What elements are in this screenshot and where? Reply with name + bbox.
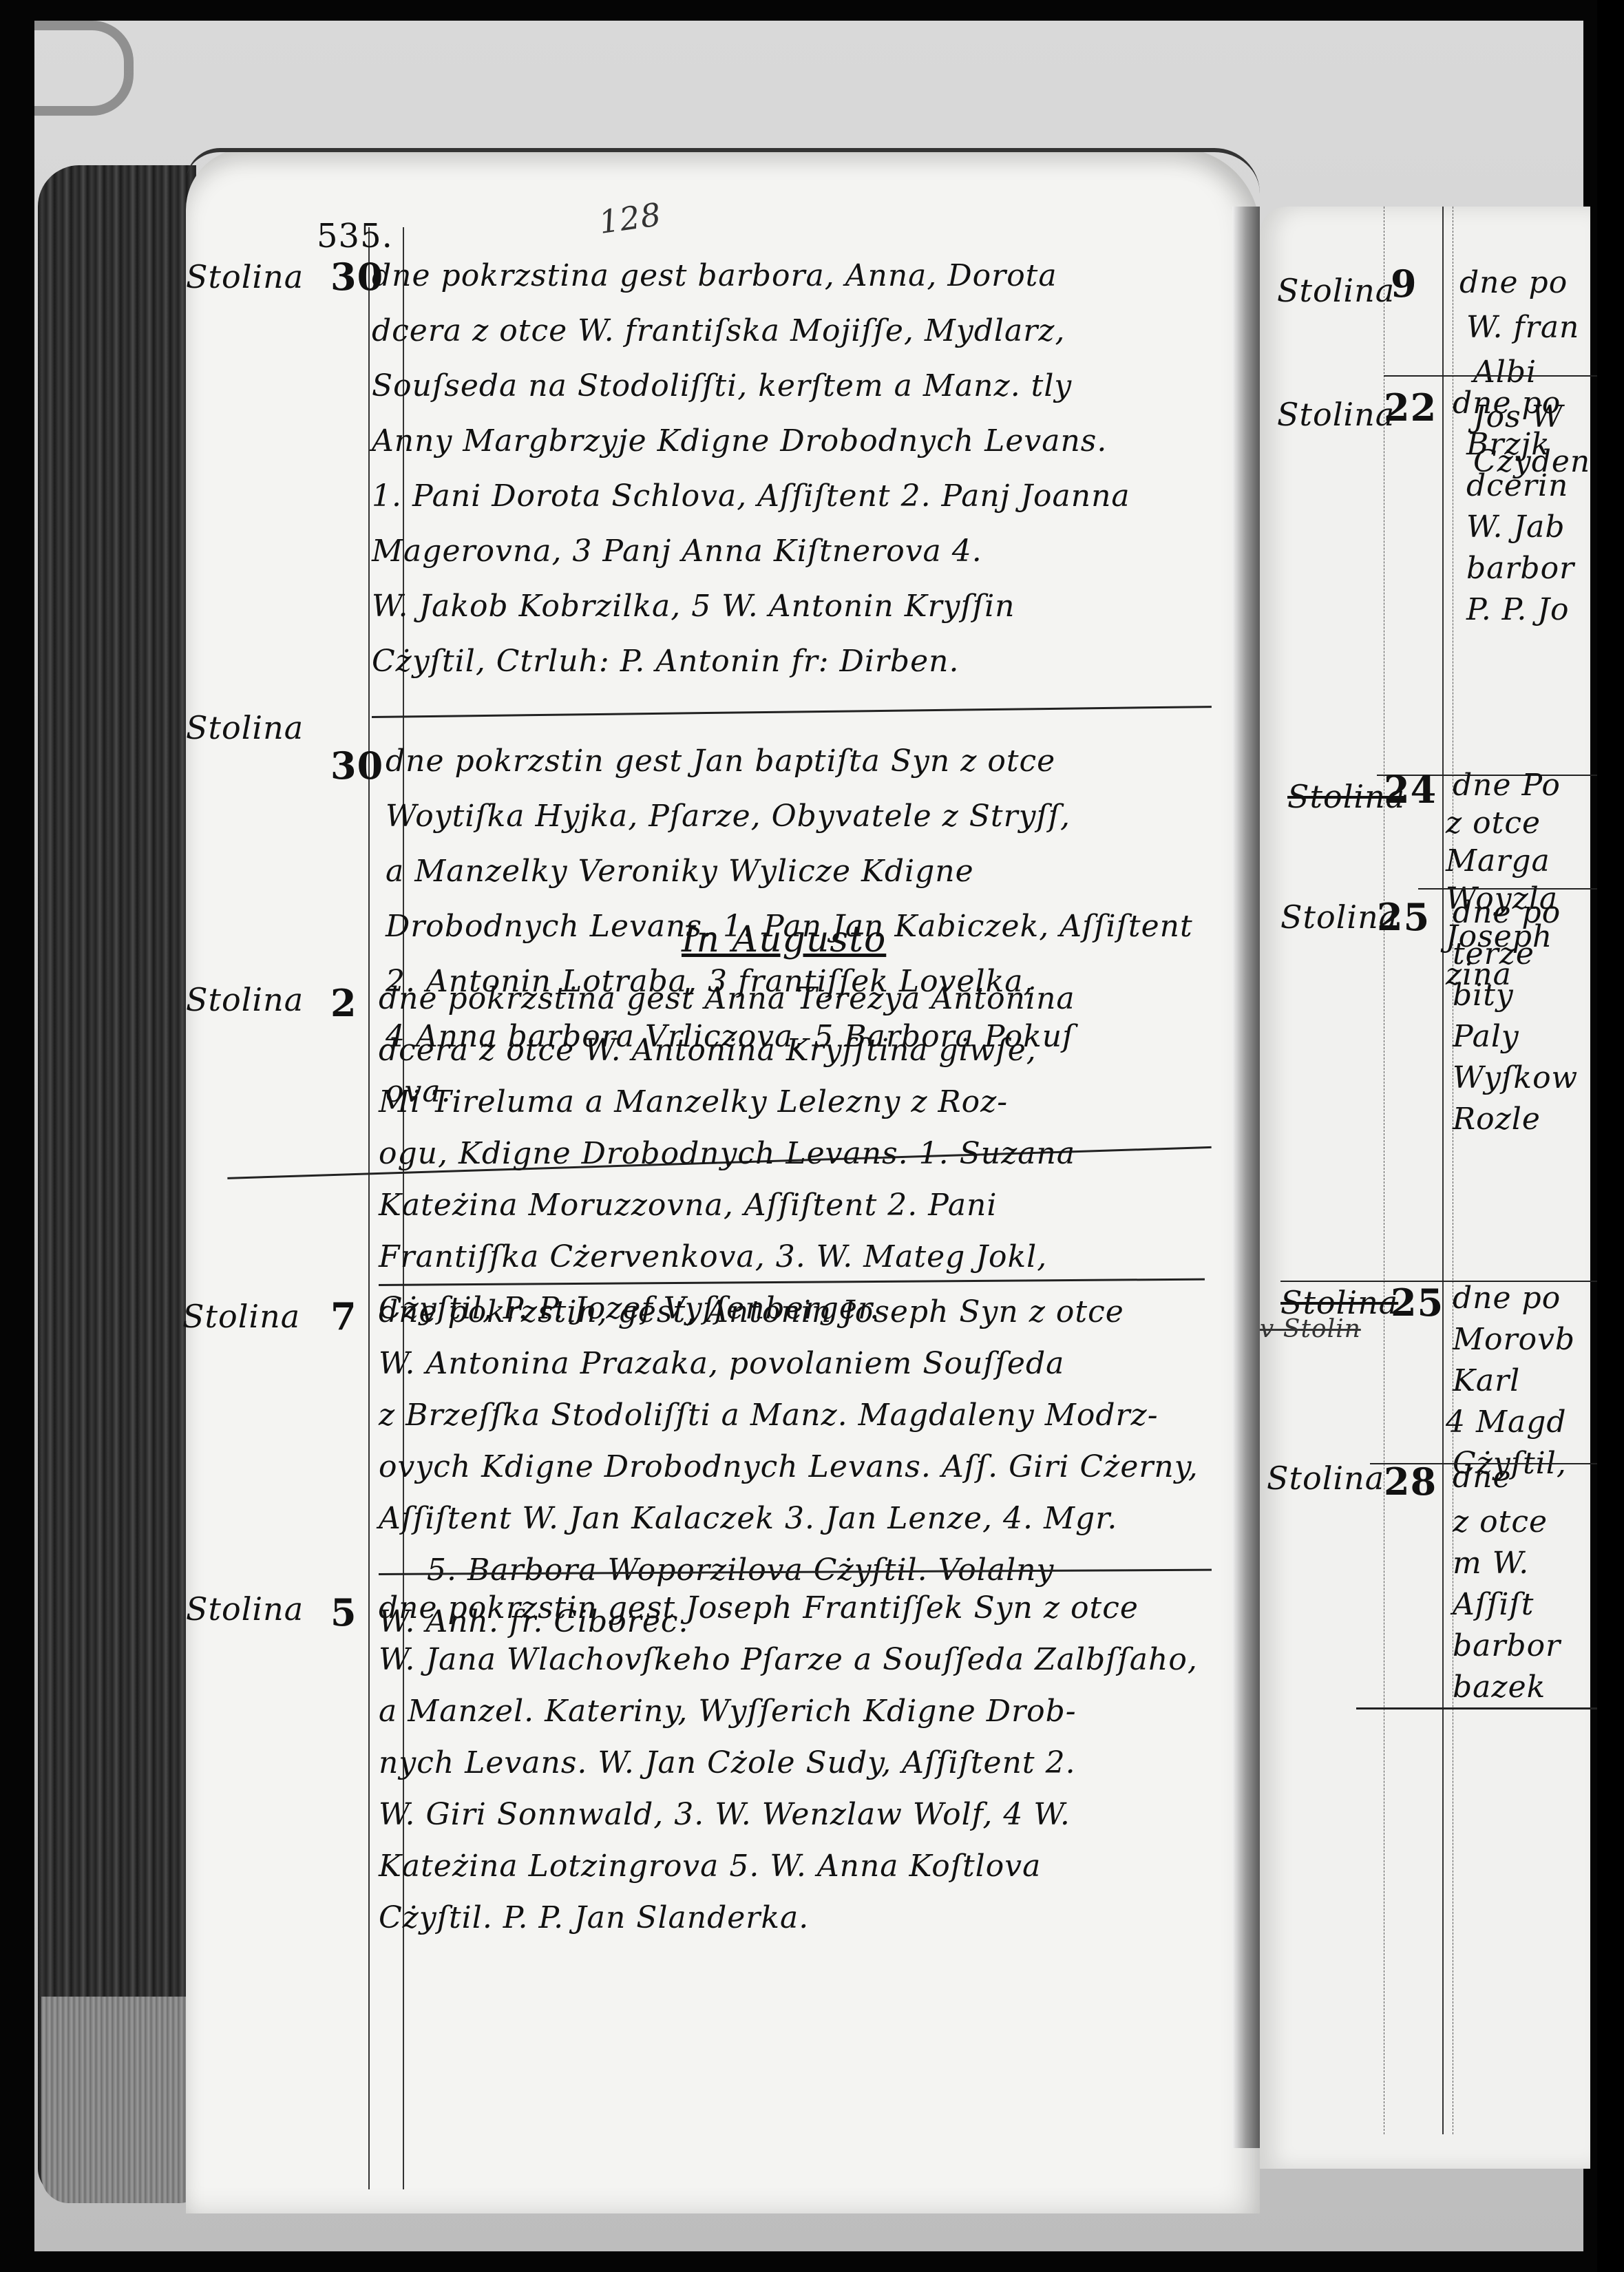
entry-line: 4 Magd (1446, 1405, 1567, 1440)
book-gutter (1232, 207, 1260, 2148)
entry-line: Paly (1453, 1019, 1519, 1054)
entry-place: Stolina (1277, 396, 1395, 433)
right-page-column-rule-1 (1384, 207, 1384, 2134)
scan-right-border (1597, 0, 1624, 2272)
entry-line: W. Jakob Kobrzilka, 5 W. Antonin Kryſſin (372, 589, 1015, 624)
entry-line: Souſseda na Stodoliſſti, kerſtem a Manz.… (372, 368, 1072, 403)
entry-line: terze (1453, 936, 1535, 971)
entry-day: 25 (1377, 895, 1430, 939)
entry-line: Mi Tireluma a Manzelky Lelezny z Roz- (379, 1084, 1008, 1119)
entry-line: Aſſiſt (1453, 1587, 1534, 1622)
right-page-column-rule-2 (1442, 207, 1444, 2134)
entry-day: 7 (330, 1294, 357, 1338)
entry-line: barbor (1453, 1628, 1561, 1663)
entry-line: ogu, Kdigne Drobodnych Levans. 1. Suzana (379, 1136, 1075, 1171)
entry-day: 25 (1391, 1281, 1444, 1325)
book-bottom-edge (41, 1997, 207, 2203)
entry-line: W. Giri Sonnwald, 3. W. Wenzlaw Wolf, 4 … (379, 1797, 1071, 1832)
entry-line: dne pokrzstin gest Jan baptiſta Syn z ot… (386, 744, 1055, 779)
entry-line: Frantiſſka Cżervenkova, 3. W. Mateg Jokl… (379, 1239, 1047, 1274)
entry-place: Stolina (182, 1298, 300, 1335)
entry-line: 1. Pani Dorota Schlova, Aſſiſtent 2. Pan… (372, 478, 1130, 514)
entry-line: W. Antonina Prazaka, povolaniem Souſſeda (379, 1346, 1064, 1381)
entry-line: W. Jab (1466, 509, 1565, 545)
entry-line: dne po (1453, 386, 1561, 421)
entry-line: Magerovna, 3 Panj Anna Kiſtnerova 4. (372, 534, 982, 569)
right-page-column-rule-3 (1453, 207, 1453, 2134)
entry-day: 9 (1391, 262, 1417, 306)
entry-day: 2 (330, 981, 357, 1025)
entry-line: dne pokrzstina gest barbora, Anna, Dorot… (372, 258, 1057, 293)
entry-line: Anny Margbrzyje Kdigne Drobodnych Levans… (372, 423, 1107, 459)
entry-day: 30 (330, 744, 383, 788)
entry-separator (1356, 1707, 1604, 1710)
entry-place: Stolina (1267, 1460, 1384, 1497)
entry-line: Albi (1473, 355, 1537, 390)
entry-line: dne po (1453, 895, 1561, 930)
entry-line: Karl (1453, 1363, 1520, 1398)
entry-line: nych Levans. W. Jan Cżole Sudy, Aſſiſten… (379, 1745, 1076, 1780)
entry-line: dne pokrzstin gest Joseph Frantiſſek Syn… (379, 1590, 1139, 1626)
entry-line: dne pokrzstina gest Anna Terezya Antonin… (379, 981, 1075, 1016)
entry-line: Woytiſka Hyjka, Pſarze, Obyvatele z Stry… (386, 799, 1071, 834)
entry-separator (1384, 375, 1604, 377)
entry-line: z otce (1453, 1504, 1548, 1539)
entry-line: Kateżina Lotzingrova 5. W. Anna Koſtlova (379, 1849, 1041, 1884)
left-page-column-rule-place (368, 227, 370, 2189)
entry-line: bazek (1453, 1670, 1546, 1705)
entry-line: Rozle (1453, 1102, 1541, 1137)
scan-frame: 535. 128 Stolina 30 dne pokrzstina gest … (0, 0, 1624, 2272)
entry-separator (1418, 888, 1604, 890)
entry-line: a Manzelky Veroniky Wylicze Kdigne (386, 854, 974, 889)
entry-line: z Brzeſſka Stodoliſſti a Manz. Magdaleny… (379, 1398, 1159, 1433)
entry-place: Stolina (186, 258, 304, 295)
entry-line: dcerin (1466, 468, 1568, 503)
entry-line: Aſſiſtent W. Jan Kalaczek 3. Jan Lenze, … (379, 1501, 1117, 1536)
entry-place: Stolina (186, 709, 304, 746)
entry-place: Stolina (1277, 272, 1395, 309)
entry-line: W. fran (1466, 310, 1579, 345)
entry-line: W. Jana Wlachovſkeho Pſarze a Souſſeda Z… (379, 1642, 1198, 1677)
entry-line: Wyſkow (1453, 1060, 1578, 1095)
entry-line: dne po (1459, 265, 1568, 300)
entry-line: a Manzel. Kateriny, Wyſſerich Kdigne Dro… (379, 1694, 1077, 1729)
entry-place-note: v Stolin (1260, 1315, 1361, 1343)
month-heading: In Augusto (682, 919, 886, 960)
folio-number: 535. (317, 217, 393, 255)
entry-line: Morovb (1453, 1322, 1575, 1357)
entry-line: Cżyſtil. P. P. Jan Slanderka. (379, 1900, 809, 1935)
entry-line: Cżyſtil, Ctrluh: P. Antonin fr: Dirben. (372, 644, 959, 679)
entry-line: m W. (1453, 1546, 1529, 1581)
entry-line: z otce (1446, 806, 1541, 841)
book-fore-edge (38, 165, 196, 2196)
entry-day: 5 (330, 1590, 357, 1634)
entry-line: barbor (1466, 551, 1574, 586)
entry-line: dcera z otce W. frantiſska Mojiſſe, Mydl… (372, 313, 1065, 348)
entry-line: dne po (1453, 1281, 1561, 1316)
archive-stamp-mark (34, 21, 134, 116)
entry-line: dne pokrzstin, gest, Antonin Joseph Syn … (379, 1294, 1124, 1329)
entry-place: Stolina (186, 981, 304, 1018)
entry-day: 22 (1384, 386, 1437, 430)
entry-line: Brzjk (1466, 427, 1550, 462)
entry-line: P. P. Jo (1466, 592, 1569, 627)
entry-place: Stolina (186, 1590, 304, 1628)
entry-line: dcera z otce W. Antonina Kryſſtina giwſe… (379, 1033, 1037, 1068)
entry-line: dne Po (1453, 768, 1561, 803)
entry-line: ovych Kdigne Drobodnych Levans. Aſſ. Gir… (379, 1449, 1199, 1484)
entry-line: bity (1453, 978, 1514, 1013)
entry-line: dne (1453, 1460, 1512, 1495)
entry-day: 24 (1384, 768, 1437, 812)
entry-day: 28 (1384, 1460, 1437, 1504)
entry-line: Kateżina Moruzzovna, Aſſiſtent 2. Pani (379, 1188, 997, 1223)
entry-line: Marga (1446, 843, 1550, 879)
